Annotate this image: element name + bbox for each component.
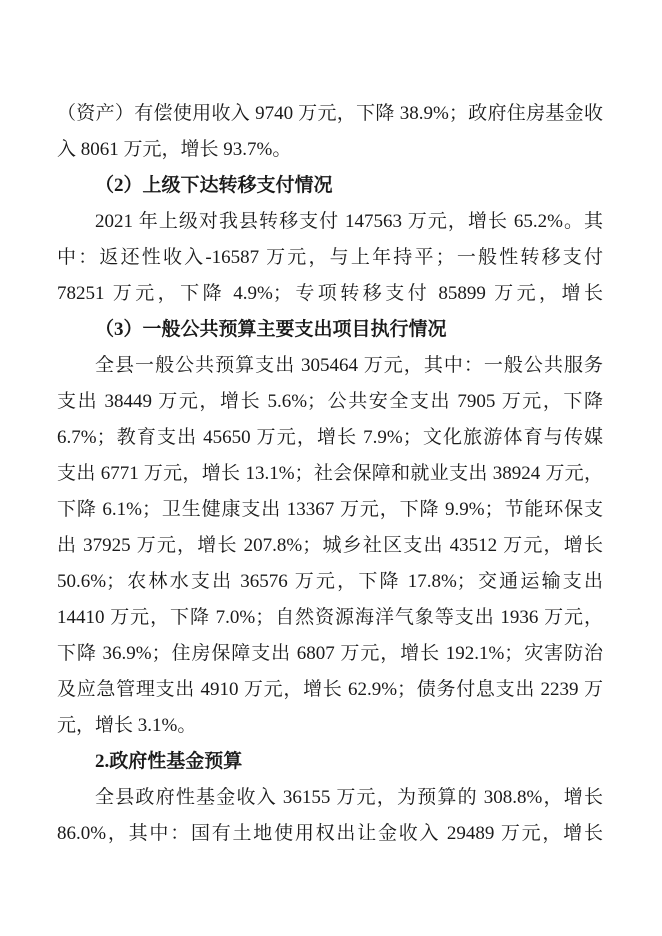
body-text-line: 78251 万元，下降 4.9%；专项转移支付 85899 万元，增长 264.… <box>57 276 603 312</box>
body-text-line: 50.6%；农林水支出 36576 万元，下降 17.8%；交通运输支出 <box>57 564 603 600</box>
section-heading: （2）上级下达转移支付情况 <box>57 168 603 204</box>
body-text-line: 出 37925 万元，增长 207.8%；城乡社区支出 43512 万元，增长 <box>57 528 603 564</box>
body-text-line: 下降 6.1%；卫生健康支出 13367 万元，下降 9.9%；节能环保支 <box>57 492 603 528</box>
body-text-line: 支出 6771 万元，增长 13.1%；社会保障和就业支出 38924 万元， <box>57 456 603 492</box>
section-heading: （3）一般公共预算主要支出项目执行情况 <box>57 312 603 348</box>
body-text-line: 86.0%，其中：国有土地使用权出让金收入 29489 万元，增长 <box>57 816 603 852</box>
body-text-line: 全县一般公共预算支出 305464 万元，其中：一般公共服务 <box>57 348 603 384</box>
body-text-line: 全县政府性基金收入 36155 万元，为预算的 308.8%，增长 <box>57 780 603 816</box>
body-text-line: 6.7%；教育支出 45650 万元，增长 7.9%；文化旅游体育与传媒 <box>57 420 603 456</box>
body-text-line: （资产）有偿使用收入 9740 万元，下降 38.9%；政府住房基金收 <box>57 96 603 132</box>
body-text-line: 中：返还性收入-16587 万元，与上年持平；一般性转移支付 <box>57 240 603 276</box>
document-body: （资产）有偿使用收入 9740 万元，下降 38.9%；政府住房基金收入 806… <box>57 96 603 852</box>
body-text-line: 及应急管理支出 4910 万元，增长 62.9%；债务付息支出 2239 万 <box>57 672 603 708</box>
body-text-line: 入 8061 万元，增长 93.7%。 <box>57 132 603 168</box>
body-text-line: 14410 万元，下降 7.0%；自然资源海洋气象等支出 1936 万元， <box>57 600 603 636</box>
body-text-line: 元，增长 3.1%。 <box>57 708 603 744</box>
body-text-line: 支出 38449 万元，增长 5.6%；公共安全支出 7905 万元，下降 <box>57 384 603 420</box>
body-text-line: 2021 年上级对我县转移支付 147563 万元，增长 65.2%。其 <box>57 204 603 240</box>
document-page: （资产）有偿使用收入 9740 万元，下降 38.9%；政府住房基金收入 806… <box>0 0 662 936</box>
body-text-line: 下降 36.9%；住房保障支出 6807 万元，增长 192.1%；灾害防治 <box>57 636 603 672</box>
section-heading: 2.政府性基金预算 <box>57 744 603 780</box>
